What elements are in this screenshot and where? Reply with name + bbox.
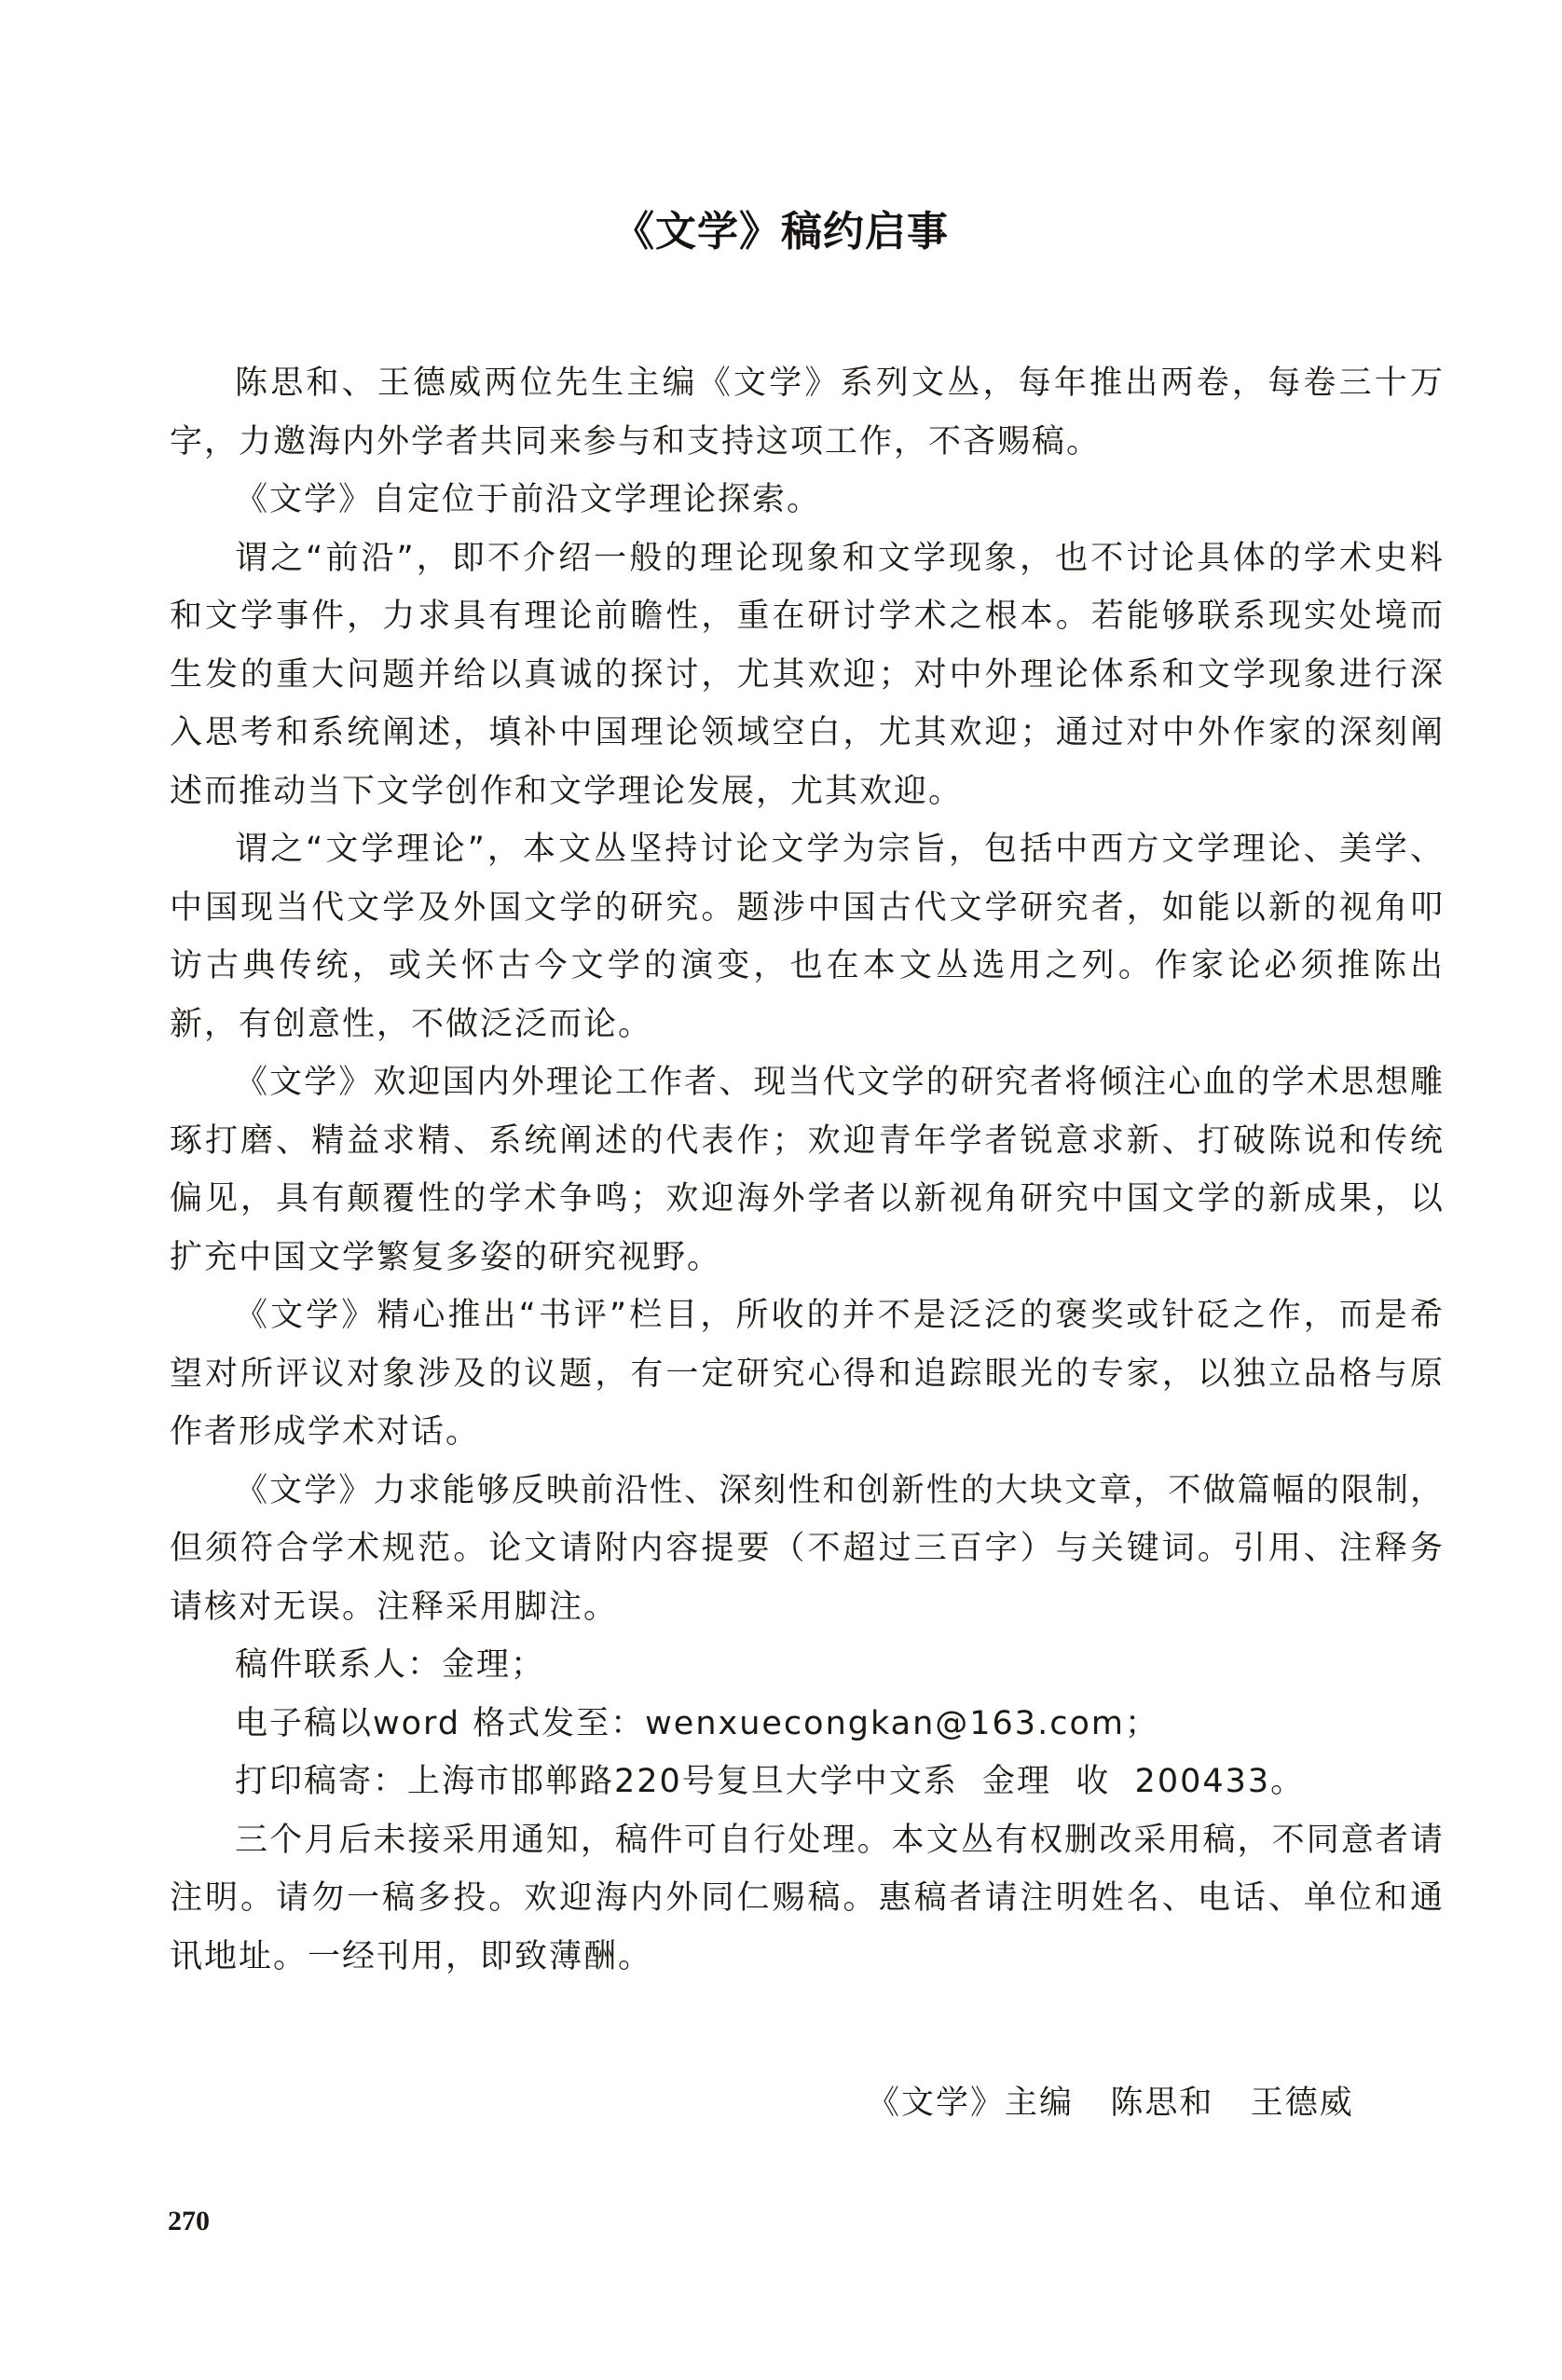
paragraph-intro: 陈思和、王德威两位先生主编《文学》系列文丛，每年推出两卷，每卷三十万字，力邀海内… (170, 354, 1445, 471)
contact-person: 稿件联系人：金理； (170, 1636, 1445, 1695)
paragraph-welcome: 《文学》欢迎国内外理论工作者、现当代文学的研究者将倾注心血的学术思想雕琢打磨、精… (170, 1053, 1445, 1286)
document-page: 《文学》稿约启事 陈思和、王德威两位先生主编《文学》系列文丛，每年推出两卷，每卷… (0, 0, 1562, 2380)
paragraph-closing: 三个月后未接采用通知，稿件可自行处理。本文丛有权删改采用稿，不同意者请注明。请勿… (170, 1811, 1445, 1987)
contact-email: 电子稿以word 格式发至：wenxuecongkan@163.com； (170, 1695, 1445, 1754)
document-body: 陈思和、王德威两位先生主编《文学》系列文丛，每年推出两卷，每卷三十万字，力邀海内… (170, 354, 1445, 1986)
paragraph-positioning: 《文学》自定位于前沿文学理论探索。 (170, 471, 1445, 530)
contact-mail-address: 打印稿寄：上海市邯郸路220号复旦大学中文系 金理 收 200433。 (170, 1753, 1445, 1811)
page-number: 270 (168, 2206, 210, 2237)
paragraph-book-review: 《文学》精心推出“书评”栏目，所收的并不是泛泛的褒奖或针砭之作，而是希望对所评议… (170, 1286, 1445, 1462)
paragraph-requirements: 《文学》力求能够反映前沿性、深刻性和创新性的大块文章，不做篇幅的限制，但须符合学… (170, 1462, 1445, 1637)
page-title: 《文学》稿约启事 (0, 198, 1562, 257)
editor-signature: 《文学》主编 陈思和 王德威 (867, 2077, 1354, 2124)
paragraph-frontier: 谓之“前沿”，即不介绍一般的理论现象和文学现象，也不讨论具体的学术史料和文学事件… (170, 530, 1445, 821)
paragraph-literary-theory: 谓之“文学理论”，本文丛坚持讨论文学为宗旨，包括中西方文学理论、美学、中国现当代… (170, 820, 1445, 1053)
